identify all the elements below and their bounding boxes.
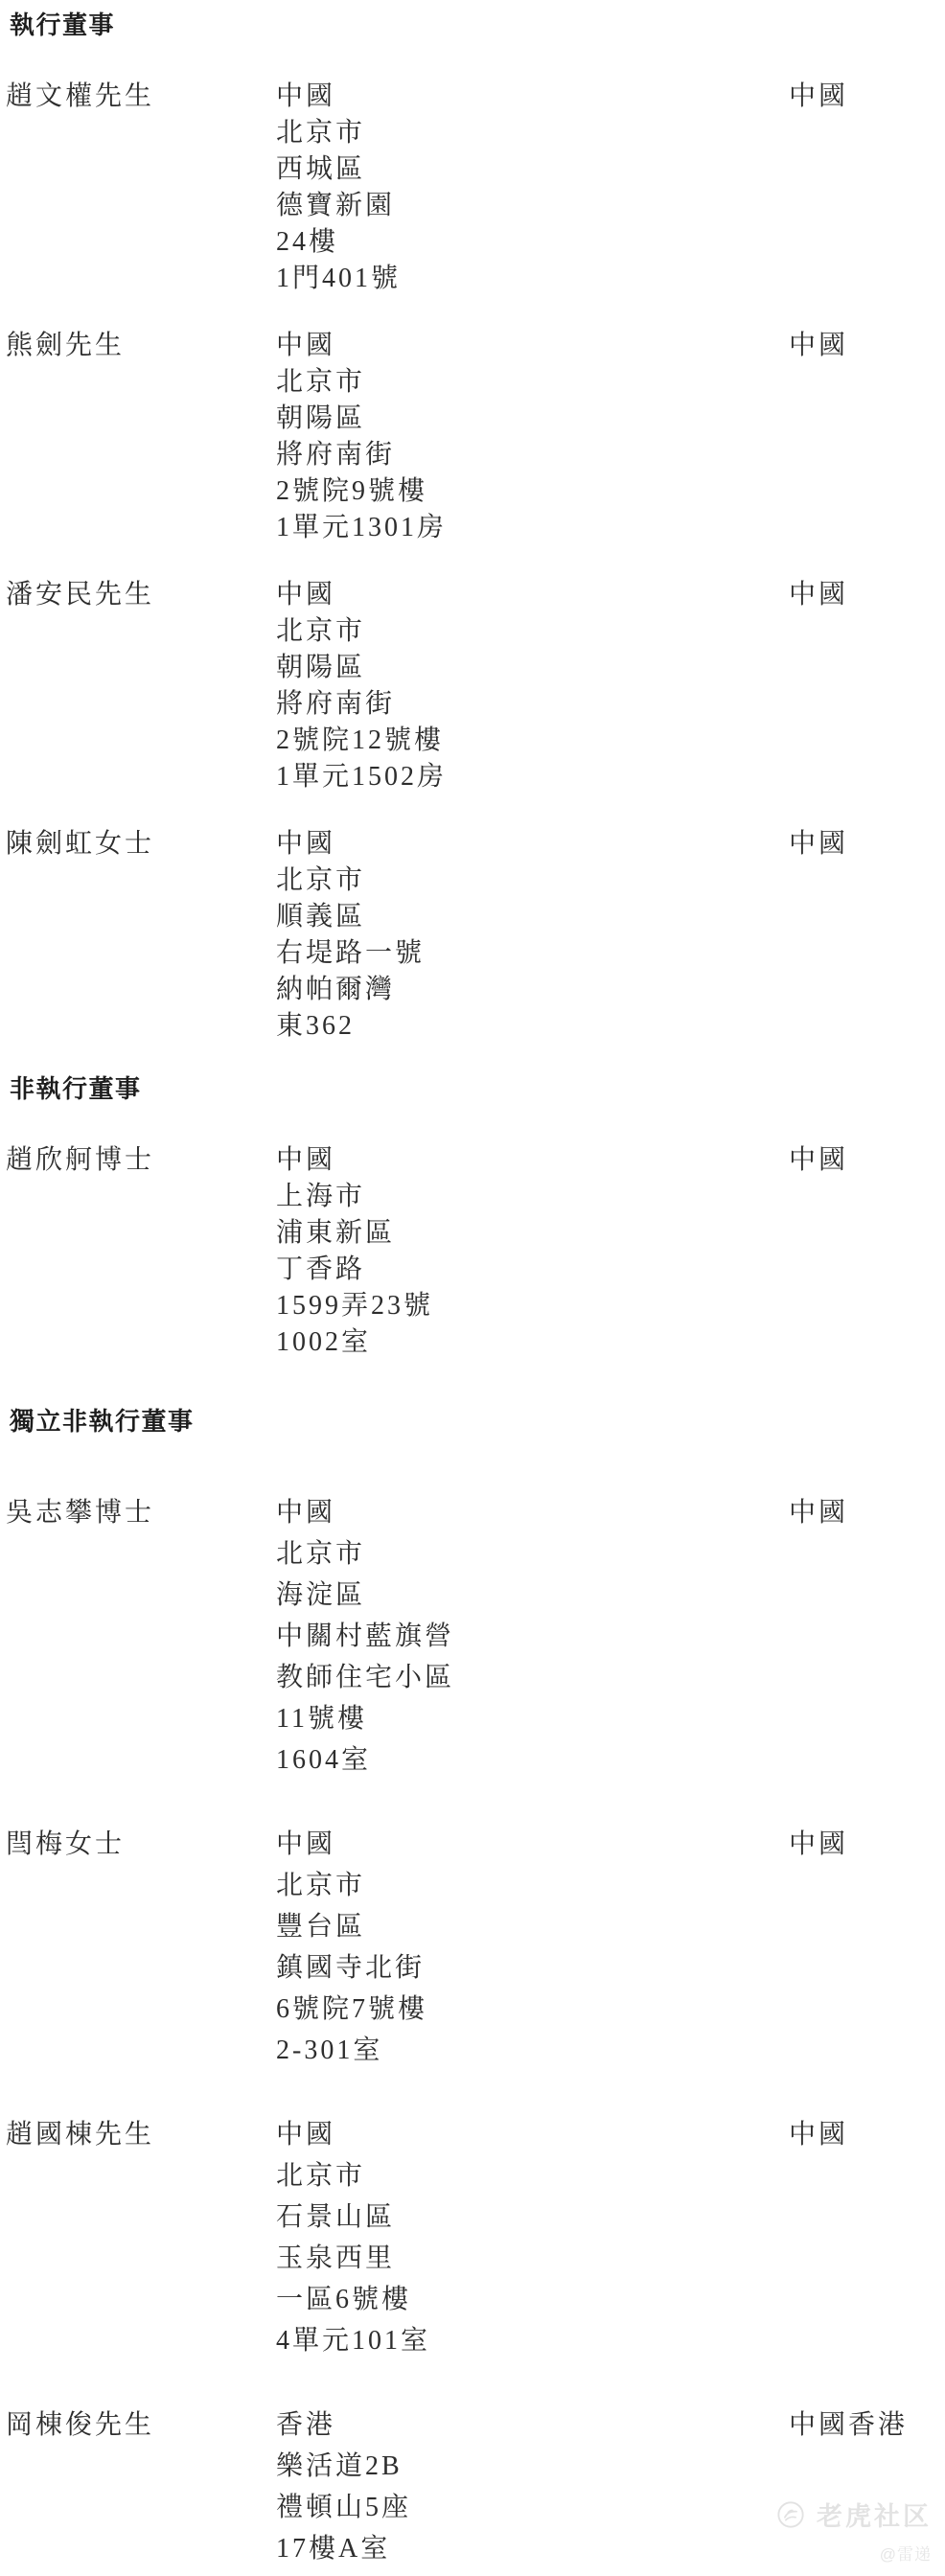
section-heading: 獨立非執行董事 — [10, 1406, 945, 1437]
director-name: 趙國棟先生 — [6, 2114, 276, 2155]
director-name: 陳劍虹女士 — [6, 826, 276, 862]
address-line: 1002室 — [276, 1324, 789, 1361]
address-line: 北京市 — [276, 364, 789, 401]
address-line: 中國 — [276, 826, 789, 862]
address-line: 香港 — [276, 2404, 789, 2446]
director-name: 熊劍先生 — [6, 328, 276, 364]
address-line: 11號樓 — [276, 1698, 789, 1739]
watermark-brand: 老虎社区 — [817, 2495, 932, 2533]
directors-list: 執行董事 趙文權先生 中國北京市西城區德寶新園24樓1門401號 中國 熊劍先生… — [0, 0, 945, 2569]
address-line: 2號院12號樓 — [276, 723, 789, 759]
director-name: 潘安民先生 — [6, 577, 276, 613]
director-row: 潘安民先生 中國北京市朝陽區將府南街2號院12號樓1單元1502房 中國 — [6, 577, 945, 795]
director-name: 趙欣舸博士 — [6, 1142, 276, 1179]
director-row: 吳志攀博士 中國北京市海淀區中關村藍旗營教師住宅小區11號樓1604室 中國 — [6, 1492, 945, 1781]
director-address: 中國北京市朝陽區將府南街2號院12號樓1單元1502房 — [276, 577, 789, 795]
director-name: 閆梅女士 — [6, 1824, 276, 1865]
address-line: 西城區 — [276, 151, 789, 188]
address-line: 2號院9號樓 — [276, 473, 789, 510]
director-section: 非執行董事 趙欣舸博士 中國上海市浦東新區丁香路1599弄23號1002室 中國 — [6, 1073, 945, 1361]
address-line: 教師住宅小區 — [276, 1657, 789, 1698]
address-line: 東362 — [276, 1008, 789, 1045]
director-row: 陳劍虹女士 中國北京市順義區右堤路一號納帕爾灣東362 中國 — [6, 826, 945, 1045]
address-line: 朝陽區 — [276, 401, 789, 437]
address-line: 豐台區 — [276, 1906, 789, 1947]
director-row: 趙文權先生 中國北京市西城區德寶新園24樓1門401號 中國 — [6, 79, 945, 297]
address-line: 右堤路一號 — [276, 935, 789, 972]
director-address: 中國北京市豐台區鎮國寺北街6號院7號樓2-301室 — [276, 1824, 789, 2071]
director-section: 獨立非執行董事 吳志攀博士 中國北京市海淀區中關村藍旗營教師住宅小區11號樓16… — [6, 1406, 945, 2569]
address-line: 1599弄23號 — [276, 1288, 789, 1324]
watermark: 老虎社区 @雷递 — [776, 2495, 932, 2564]
address-line: 中國 — [276, 328, 789, 364]
address-line: 1門401號 — [276, 261, 789, 297]
director-row: 熊劍先生 中國北京市朝陽區將府南街2號院9號樓1單元1301房 中國 — [6, 328, 945, 546]
address-line: 朝陽區 — [276, 650, 789, 686]
director-address: 中國北京市朝陽區將府南街2號院9號樓1單元1301房 — [276, 328, 789, 546]
director-address: 中國北京市石景山區玉泉西里一區6號樓4單元101室 — [276, 2114, 789, 2361]
address-line: 丁香路 — [276, 1252, 789, 1288]
address-line: 1單元1502房 — [276, 759, 789, 795]
address-line: 玉泉西里 — [276, 2238, 789, 2279]
address-line: 中國 — [276, 79, 789, 115]
section-rows: 趙文權先生 中國北京市西城區德寶新園24樓1門401號 中國 熊劍先生 中國北京… — [6, 79, 945, 1045]
address-line: 北京市 — [276, 1865, 789, 1906]
address-line: 中國 — [276, 1142, 789, 1179]
section-heading: 非執行董事 — [10, 1073, 945, 1104]
address-line: 中國 — [276, 1824, 789, 1865]
address-line: 2-301室 — [276, 2030, 789, 2071]
section-rows: 趙欣舸博士 中國上海市浦東新區丁香路1599弄23號1002室 中國 — [6, 1142, 945, 1361]
director-row: 趙欣舸博士 中國上海市浦東新區丁香路1599弄23號1002室 中國 — [6, 1142, 945, 1361]
director-nationality: 中國 — [789, 328, 945, 364]
director-row: 閆梅女士 中國北京市豐台區鎮國寺北街6號院7號樓2-301室 中國 — [6, 1824, 945, 2071]
director-nationality: 中國 — [789, 2114, 945, 2155]
address-line: 6號院7號樓 — [276, 1989, 789, 2030]
address-line: 德寶新園 — [276, 188, 789, 224]
director-name: 吳志攀博士 — [6, 1492, 276, 1533]
address-line: 將府南街 — [276, 686, 789, 723]
director-row: 趙國棟先生 中國北京市石景山區玉泉西里一區6號樓4單元101室 中國 — [6, 2114, 945, 2361]
director-name: 趙文權先生 — [6, 79, 276, 115]
section-heading: 執行董事 — [10, 10, 945, 40]
address-line: 納帕爾灣 — [276, 972, 789, 1008]
director-nationality: 中國 — [789, 1492, 945, 1533]
address-line: 中國 — [276, 2114, 789, 2155]
director-nationality: 中國 — [789, 1142, 945, 1179]
address-line: 中國 — [276, 577, 789, 613]
address-line: 上海市 — [276, 1179, 789, 1215]
director-section: 執行董事 趙文權先生 中國北京市西城區德寶新園24樓1門401號 中國 熊劍先生… — [6, 10, 945, 1045]
address-line: 24樓 — [276, 224, 789, 261]
address-line: 北京市 — [276, 115, 789, 151]
address-line: 石景山區 — [276, 2196, 789, 2238]
tiger-logo-icon — [776, 2500, 805, 2529]
address-line: 樂活道2B — [276, 2446, 789, 2487]
director-address: 中國北京市順義區右堤路一號納帕爾灣東362 — [276, 826, 789, 1045]
prospectus-page: 執行董事 趙文權先生 中國北京市西城區德寶新園24樓1門401號 中國 熊劍先生… — [0, 0, 945, 2569]
watermark-handle: @雷递 — [880, 2541, 932, 2564]
address-line: 中關村藍旗營 — [276, 1616, 789, 1657]
address-line: 浦東新區 — [276, 1215, 789, 1252]
address-line: 北京市 — [276, 862, 789, 899]
address-line: 北京市 — [276, 2155, 789, 2196]
address-line: 順義區 — [276, 899, 789, 935]
address-line: 北京市 — [276, 613, 789, 650]
director-address: 香港樂活道2B禮頓山5座17樓A室 — [276, 2404, 789, 2569]
director-nationality: 中國 — [789, 826, 945, 862]
director-nationality: 中國 — [789, 79, 945, 115]
director-nationality: 中國 — [789, 577, 945, 613]
director-nationality: 中國香港 — [789, 2404, 945, 2446]
address-line: 海淀區 — [276, 1575, 789, 1616]
director-address: 中國北京市西城區德寶新園24樓1門401號 — [276, 79, 789, 297]
address-line: 一區6號樓 — [276, 2279, 789, 2320]
address-line: 將府南街 — [276, 437, 789, 473]
director-name: 岡棟俊先生 — [6, 2404, 276, 2446]
address-line: 17樓A室 — [276, 2528, 789, 2569]
address-line: 禮頓山5座 — [276, 2487, 789, 2528]
address-line: 1604室 — [276, 1739, 789, 1781]
address-line: 中國 — [276, 1492, 789, 1533]
director-address: 中國北京市海淀區中關村藍旗營教師住宅小區11號樓1604室 — [276, 1492, 789, 1781]
director-address: 中國上海市浦東新區丁香路1599弄23號1002室 — [276, 1142, 789, 1361]
section-rows: 吳志攀博士 中國北京市海淀區中關村藍旗營教師住宅小區11號樓1604室 中國 閆… — [6, 1492, 945, 2569]
address-line: 4單元101室 — [276, 2320, 789, 2361]
address-line: 北京市 — [276, 1533, 789, 1575]
watermark-brand-row: 老虎社区 — [776, 2495, 932, 2533]
address-line: 1單元1301房 — [276, 510, 789, 546]
address-line: 鎮國寺北街 — [276, 1947, 789, 1989]
director-nationality: 中國 — [789, 1824, 945, 1865]
